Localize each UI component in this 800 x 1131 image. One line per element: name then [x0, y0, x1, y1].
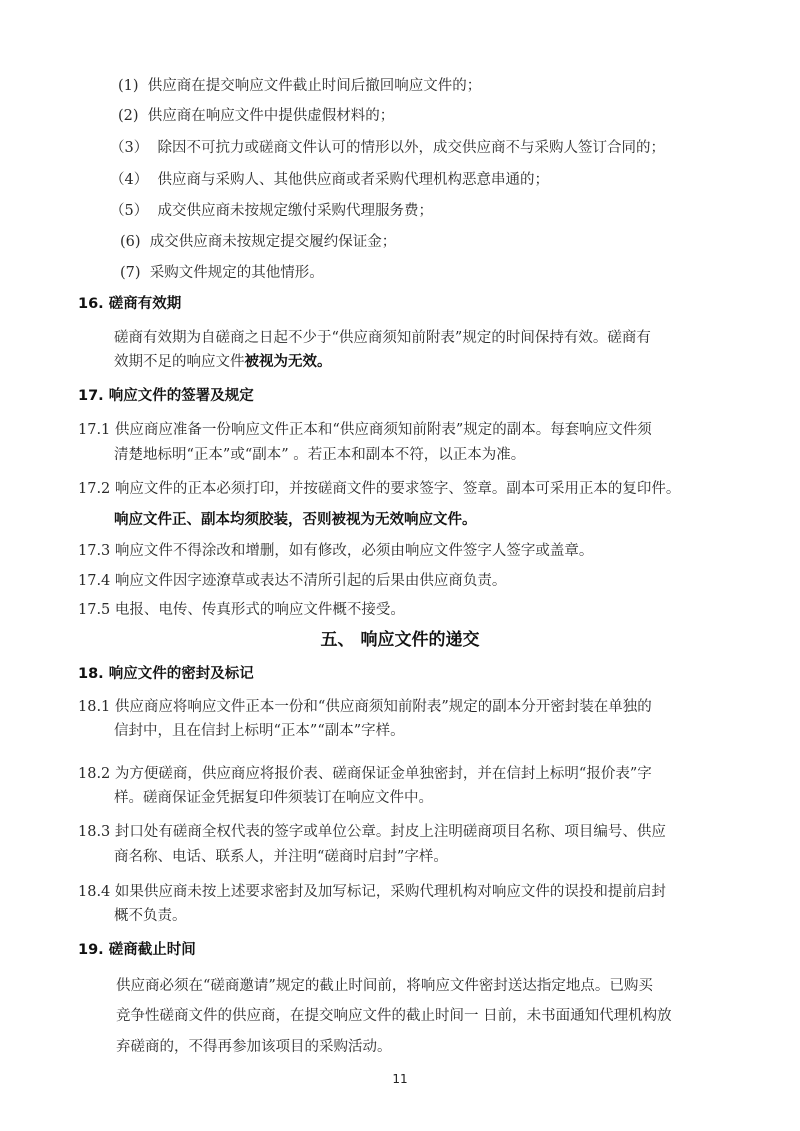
list-item: （3） 除因不可抗力或磋商文件认可的情形以外，成交供应商不与采购人签订合同的； [110, 138, 665, 158]
clause-17-1: 17.1 供应商应准备一份响应文件正本和“供应商须知前附表”规定的副本。每套响应… [78, 420, 652, 440]
section-18-heading: 18. 响应文件的密封及标记 [78, 664, 254, 684]
section-19-paragraph-line: 供应商必须在“磋商邀请”规定的截止时间前，将响应文件密封送达指定地点。已购买 [116, 976, 653, 996]
clause-17-2-emphasis: 响应文件正、副本均须胶装，否则被视为无效响应文件。 [114, 510, 477, 530]
section-19-heading: 19. 磋商截止时间 [78, 940, 196, 960]
clause-17-5: 17.5 电报、电传、传真形式的响应文件概不接受。 [78, 600, 405, 620]
chapter-title: 五、 响应文件的递交 [0, 629, 800, 651]
section-16-paragraph-line: 效期不足的响应文件被视为无效。 [114, 352, 332, 372]
clause-17-1-cont: 清楚地标明“正本”或“副本” 。若正本和副本不符，以正本为准。 [114, 445, 525, 465]
clause-17-4: 17.4 响应文件因字迹潦草或表达不清所引起的后果由供应商负责。 [78, 571, 506, 591]
section-16-paragraph-line: 磋商有效期为自磋商之日起不少于“供应商须知前附表”规定的时间保持有效。磋商有 [114, 328, 651, 348]
section-19-paragraph-line: 竞争性磋商文件的供应商，在提交响应文件的截止时间一 日前，未书面通知代理机构放 [116, 1006, 672, 1026]
list-item: (2) 供应商在响应文件中提供虚假材料的； [118, 106, 394, 126]
list-item: (7) 采购文件规定的其他情形。 [120, 263, 324, 283]
section-16-heading: 16. 磋商有效期 [78, 294, 181, 314]
clause-18-1-cont: 信封中，且在信封上标明“正本”“副本”字样。 [114, 721, 405, 741]
list-item: （5） 成交供应商未按规定缴付采购代理服务费； [110, 201, 433, 221]
clause-17-2: 17.2 响应文件的正本必须打印，并按磋商文件的要求签字、签章。副本可采用正本的… [78, 479, 680, 499]
list-item: (6) 成交供应商未按规定提交履约保证金； [120, 232, 396, 252]
clause-17-3: 17.3 响应文件不得涂改和增删，如有修改，必须由响应文件签字人签字或盖章。 [78, 541, 593, 561]
clause-18-1: 18.1 供应商应将响应文件正本一份和“供应商须知前附表”规定的副本分开密封装在… [78, 697, 652, 717]
document-page: (1) 供应商在提交响应文件截止时间后撤回响应文件的； (2) 供应商在响应文件… [0, 0, 800, 1131]
list-item: (1) 供应商在提交响应文件截止时间后撤回响应文件的； [118, 76, 481, 96]
list-item: （4） 供应商与采购人、其他供应商或者采购代理机构恶意串通的； [110, 170, 549, 190]
clause-18-2: 18.2 为方便磋商，供应商应将报价表、磋商保证金单独密封，并在信封上标明“报价… [78, 764, 652, 784]
page-number: 11 [0, 1072, 800, 1086]
section-17-heading: 17. 响应文件的签署及规定 [78, 386, 254, 406]
emphasis-text: 被视为无效。 [245, 354, 332, 370]
section-19-paragraph-line: 弃磋商的，不得再参加该项目的采购活动。 [116, 1037, 392, 1057]
clause-18-2-cont: 样。磋商保证金凭据复印件须装订在响应文件中。 [114, 788, 433, 808]
clause-18-3-cont: 商名称、电话、联系人，并注明“磋商时启封”字样。 [114, 847, 448, 867]
clause-18-4: 18.4 如果供应商未按上述要求密封及加写标记，采购代理机构对响应文件的误投和提… [78, 882, 666, 902]
clause-18-3: 18.3 封口处有磋商全权代表的签字或单位公章。封皮上注明磋商项目名称、项目编号… [78, 822, 666, 842]
clause-18-4-cont: 概不负责。 [114, 906, 187, 926]
